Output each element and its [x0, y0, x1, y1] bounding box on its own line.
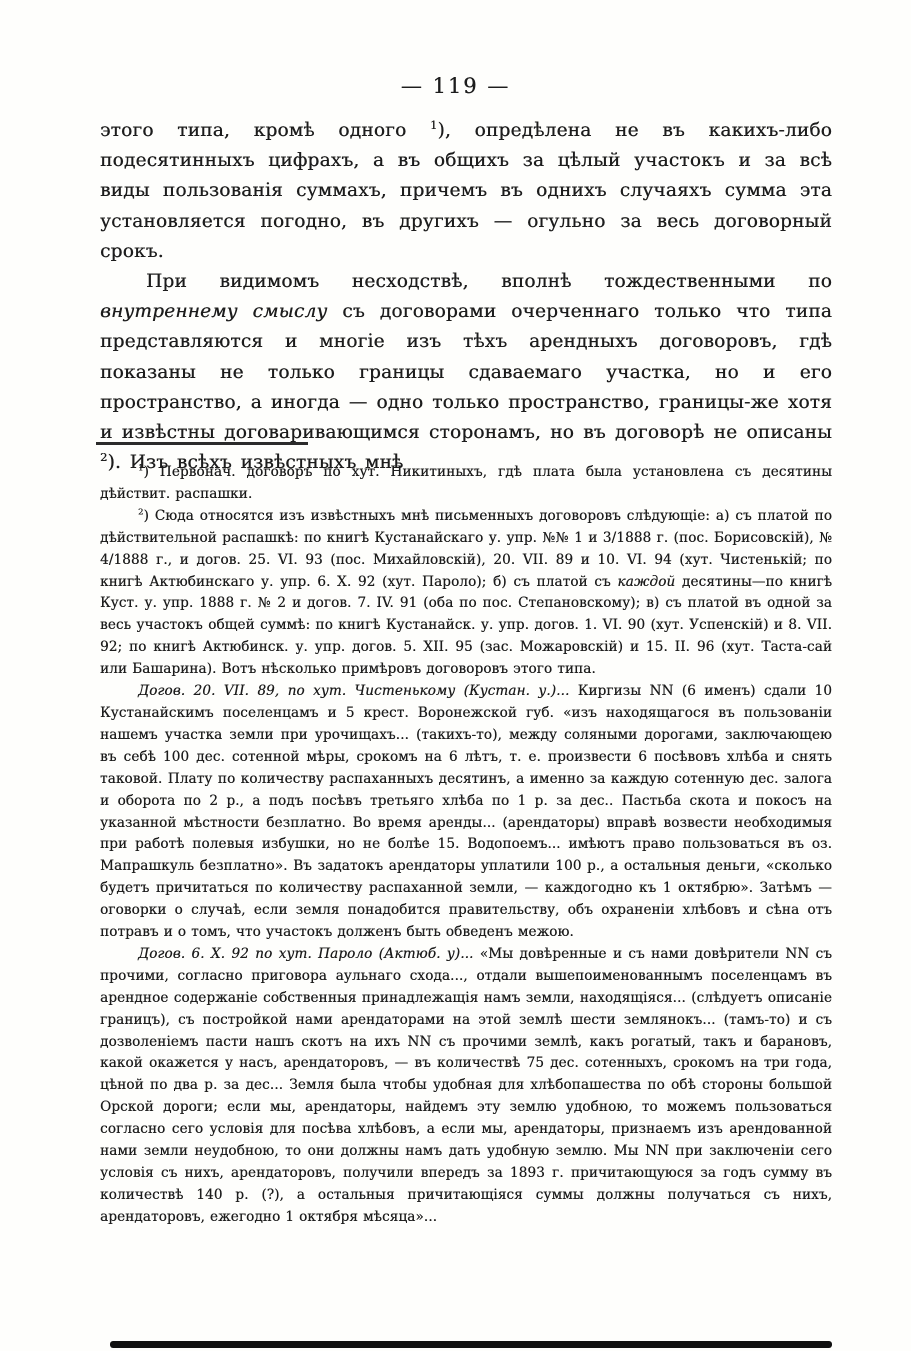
body-paragraph-1: этого типа, кромѣ одного 1), опредѣлена …: [100, 116, 832, 267]
footnote-2: 2) Сюда относятся изъ извѣстныхъ мнѣ пис…: [100, 506, 832, 681]
footnote-1: 1) Первонач. договоръ по хут. Никитиныхъ…: [100, 462, 832, 506]
footnote-separator: [96, 442, 308, 445]
footnote-example-contract-2: Догов. 6. X. 92 по хут. Пароло (Актюб. у…: [100, 944, 832, 1229]
footnote-example-contract-1: Догов. 20. VII. 89, по хут. Чистенькому …: [100, 681, 832, 944]
scan-artifact-bar: [110, 1341, 832, 1348]
body-paragraph-2: При видимомъ несходствѣ, вполнѣ тождеств…: [100, 267, 832, 478]
scanned-book-page: — 119 — этого типа, кромѣ одного 1), опр…: [0, 0, 911, 1351]
main-text-block: этого типа, кромѣ одного 1), опредѣлена …: [100, 116, 832, 478]
page-number: — 119 —: [0, 74, 911, 98]
footnotes-block: 1) Первонач. договоръ по хут. Никитиныхъ…: [100, 462, 832, 1229]
